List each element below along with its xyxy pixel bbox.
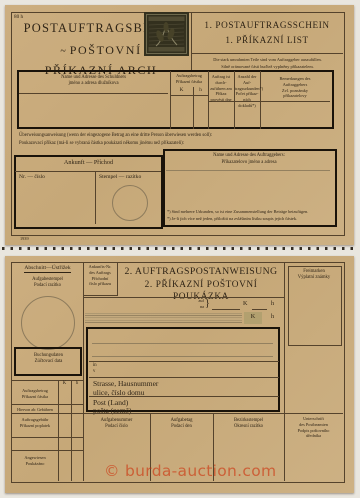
schein-title: 1. POSTAUFTRAGSSCHEIN 1. PŘÍKAZNÍ LIST bbox=[193, 20, 341, 45]
recipient-row-line bbox=[89, 377, 279, 378]
col-due: Auftrag ist durch- zuführen am Příkaz pr… bbox=[209, 74, 233, 103]
bezirksstempel-cs: Okresní razítko bbox=[214, 424, 283, 430]
arrival-stamp-label: Stempel — razítko bbox=[99, 174, 141, 182]
angewiesen-label: Angewiesen Poukázáno bbox=[12, 455, 58, 467]
form-title-line2: POŠTOVNÍ bbox=[70, 43, 142, 57]
aufgabenummer-cs: Podací číslo bbox=[84, 424, 149, 430]
col-aufgabetag: Aufgabetag Podací den bbox=[151, 418, 212, 431]
title-bottom-line bbox=[83, 297, 284, 298]
freimarken-label: Freimarken Výplatní známky bbox=[288, 269, 340, 282]
bottom-strip-top-line bbox=[12, 413, 343, 414]
auf-na-label: auf na bbox=[192, 298, 204, 310]
note-de: Die stark umrahmten Teile sind vom Auftr… bbox=[194, 57, 341, 63]
heller-fill-line bbox=[252, 309, 267, 310]
kh-col-line bbox=[58, 380, 59, 481]
right-column-divider bbox=[284, 262, 285, 413]
footnote-cs: *) Je-li jich více než jeden, přiložiti … bbox=[167, 216, 333, 222]
kh-underline bbox=[170, 95, 208, 96]
street-de: Strasse, Hausnummer bbox=[93, 379, 158, 388]
angewiesen-cs: Poukázáno bbox=[12, 461, 58, 467]
kh-header-h: h bbox=[71, 381, 83, 387]
aufgabetag-cs: Podací den bbox=[151, 424, 212, 430]
row2-h: h bbox=[271, 313, 274, 322]
aufgabestempel-label: Aufgabestempel Podací razítko bbox=[12, 277, 83, 290]
section-label-text: Abschnitt—Ústřižek bbox=[24, 265, 70, 273]
currency-h: h bbox=[193, 87, 208, 94]
section-label: Abschnitt—Ústřižek bbox=[12, 265, 83, 273]
col-unterschrift: Unterschrift des Postbeamten Podpis pošt… bbox=[285, 416, 342, 439]
anweisung-title-l1: 2. AUFTRAGSPOSTANWEISUNG bbox=[118, 266, 284, 277]
schein-title-line2: 1. PŘÍKAZNÍ LIST bbox=[193, 35, 341, 45]
principal-de: Name und Adresse des Auftraggebers: bbox=[165, 153, 333, 159]
col-remarks: Bemerkungen des Auftraggebers Zvl. pozná… bbox=[261, 76, 329, 99]
anweisung-title-l2: 2. PŘÍKAZNÍ POŠTOVNÍ bbox=[118, 280, 284, 290]
shaded-k-cell: K bbox=[244, 312, 262, 324]
debtor-underline bbox=[19, 93, 168, 94]
arrival-divider bbox=[95, 171, 96, 224]
col-aufgabenummer: Aufgabenummer Podací číslo bbox=[84, 418, 149, 431]
row1-k: K bbox=[243, 300, 247, 309]
unterschrift-l4: úředníka bbox=[285, 433, 342, 439]
col-amount-cs: Příkazní částka bbox=[170, 79, 208, 85]
col-count: Anzahl der Auf- tragsurkunden*) Počet př… bbox=[235, 74, 259, 109]
col-debtor-cs: jméno a adresa dlužníkova bbox=[19, 81, 168, 87]
principal-cs: Příkazatelovo jméno a adresa bbox=[165, 160, 333, 166]
transfer-note-de: Überweisungsanweisung (wenn der eingezog… bbox=[19, 133, 341, 139]
schein-title-line1: 1. POSTAUFTRAGSSCHEIN bbox=[193, 20, 341, 30]
hiervon-label: Hiervon ab: Gebühren bbox=[12, 407, 58, 412]
row-line bbox=[12, 404, 83, 405]
brace-glyph: } bbox=[205, 299, 210, 309]
col-remarks-l4: příkazatelovy bbox=[261, 93, 329, 99]
amount-cs: Příkazní částka bbox=[12, 394, 58, 400]
transfer-note-cs: Poukazovací příkaz (má-li se vybraná čás… bbox=[19, 141, 341, 147]
write-line bbox=[92, 356, 273, 357]
ankunfts-nr-box: Ankunfts-Nr. des Auftrags Příchodní čísl… bbox=[83, 262, 118, 296]
posting-stamp-circle bbox=[21, 296, 75, 350]
imprinted-postage-stamp bbox=[144, 12, 189, 56]
row1-h: h bbox=[271, 300, 274, 309]
currency-k: K bbox=[170, 87, 193, 94]
denomination-label: 80 h bbox=[14, 14, 23, 21]
gebuehr-cs: Příkazní poplatek bbox=[12, 423, 58, 429]
write-line bbox=[92, 343, 273, 344]
arrival-title: Ankunft — Příchod bbox=[14, 159, 163, 168]
postmark-circle bbox=[112, 185, 148, 221]
recipient-row-line bbox=[89, 361, 279, 362]
freimarken-cs: Výplatní známky bbox=[288, 275, 340, 281]
col-bezirksstempel: Bezirksstempel Okresní razítko bbox=[214, 418, 283, 431]
principal-line bbox=[166, 170, 330, 171]
auction-watermark: © burda-auction.com bbox=[104, 462, 276, 480]
na-label: na bbox=[192, 304, 204, 310]
in-v-label: in v bbox=[93, 363, 97, 376]
footnote-de: *) Sind mehrere Urkunden, so ist eine Zu… bbox=[167, 209, 333, 215]
print-year: 1939 bbox=[20, 236, 29, 242]
note-cs: Silně orámované části buďtež vyplněny př… bbox=[194, 64, 341, 70]
amount-fill-line bbox=[212, 309, 240, 310]
buchungsdaten-cs: Zúčtovací data bbox=[14, 359, 83, 365]
arrival-header-line bbox=[15, 171, 161, 172]
row2-k: K bbox=[251, 313, 255, 322]
schein-underline bbox=[191, 53, 343, 54]
kh-header-k: K bbox=[58, 381, 71, 387]
amount-label: Auftragsbetrag Příkazní částka bbox=[12, 388, 58, 400]
buchungsdaten-label: Buchungsdaten Zúčtovací data bbox=[14, 353, 83, 366]
col-due-l4: provésti dne bbox=[209, 97, 233, 103]
ankunfts-nr-l4: číslo příkazu bbox=[83, 281, 117, 287]
col-due-l1: Auftrag ist durch- bbox=[209, 74, 233, 86]
aufgabestempel-cs: Podací razítko bbox=[12, 283, 83, 289]
stamp-engraving-linden-branch bbox=[144, 12, 189, 56]
title-dash: ~ bbox=[60, 46, 65, 57]
kh-col-line bbox=[71, 380, 72, 481]
gebuehr-label: Auftragsgebühr Příkazní poplatek bbox=[12, 417, 58, 429]
v-label: v bbox=[93, 369, 97, 375]
header-divider bbox=[191, 12, 192, 70]
row-line bbox=[12, 437, 83, 438]
perforation-line bbox=[2, 247, 358, 250]
row-line bbox=[12, 450, 83, 451]
hatched-guilloche-strip bbox=[85, 313, 242, 323]
recipient-row-line bbox=[89, 396, 279, 397]
col-amount: Auftragsbetrag Příkazní částka bbox=[170, 73, 208, 85]
col-count-l1: Anzahl der Auf- bbox=[235, 74, 259, 86]
col-debtor: Name und Adresse des Schuldners jméno a … bbox=[19, 75, 168, 88]
arrival-nr-label: Nr. — číslo bbox=[19, 174, 45, 182]
col-count-l4: ních dokladů*) bbox=[235, 97, 259, 109]
